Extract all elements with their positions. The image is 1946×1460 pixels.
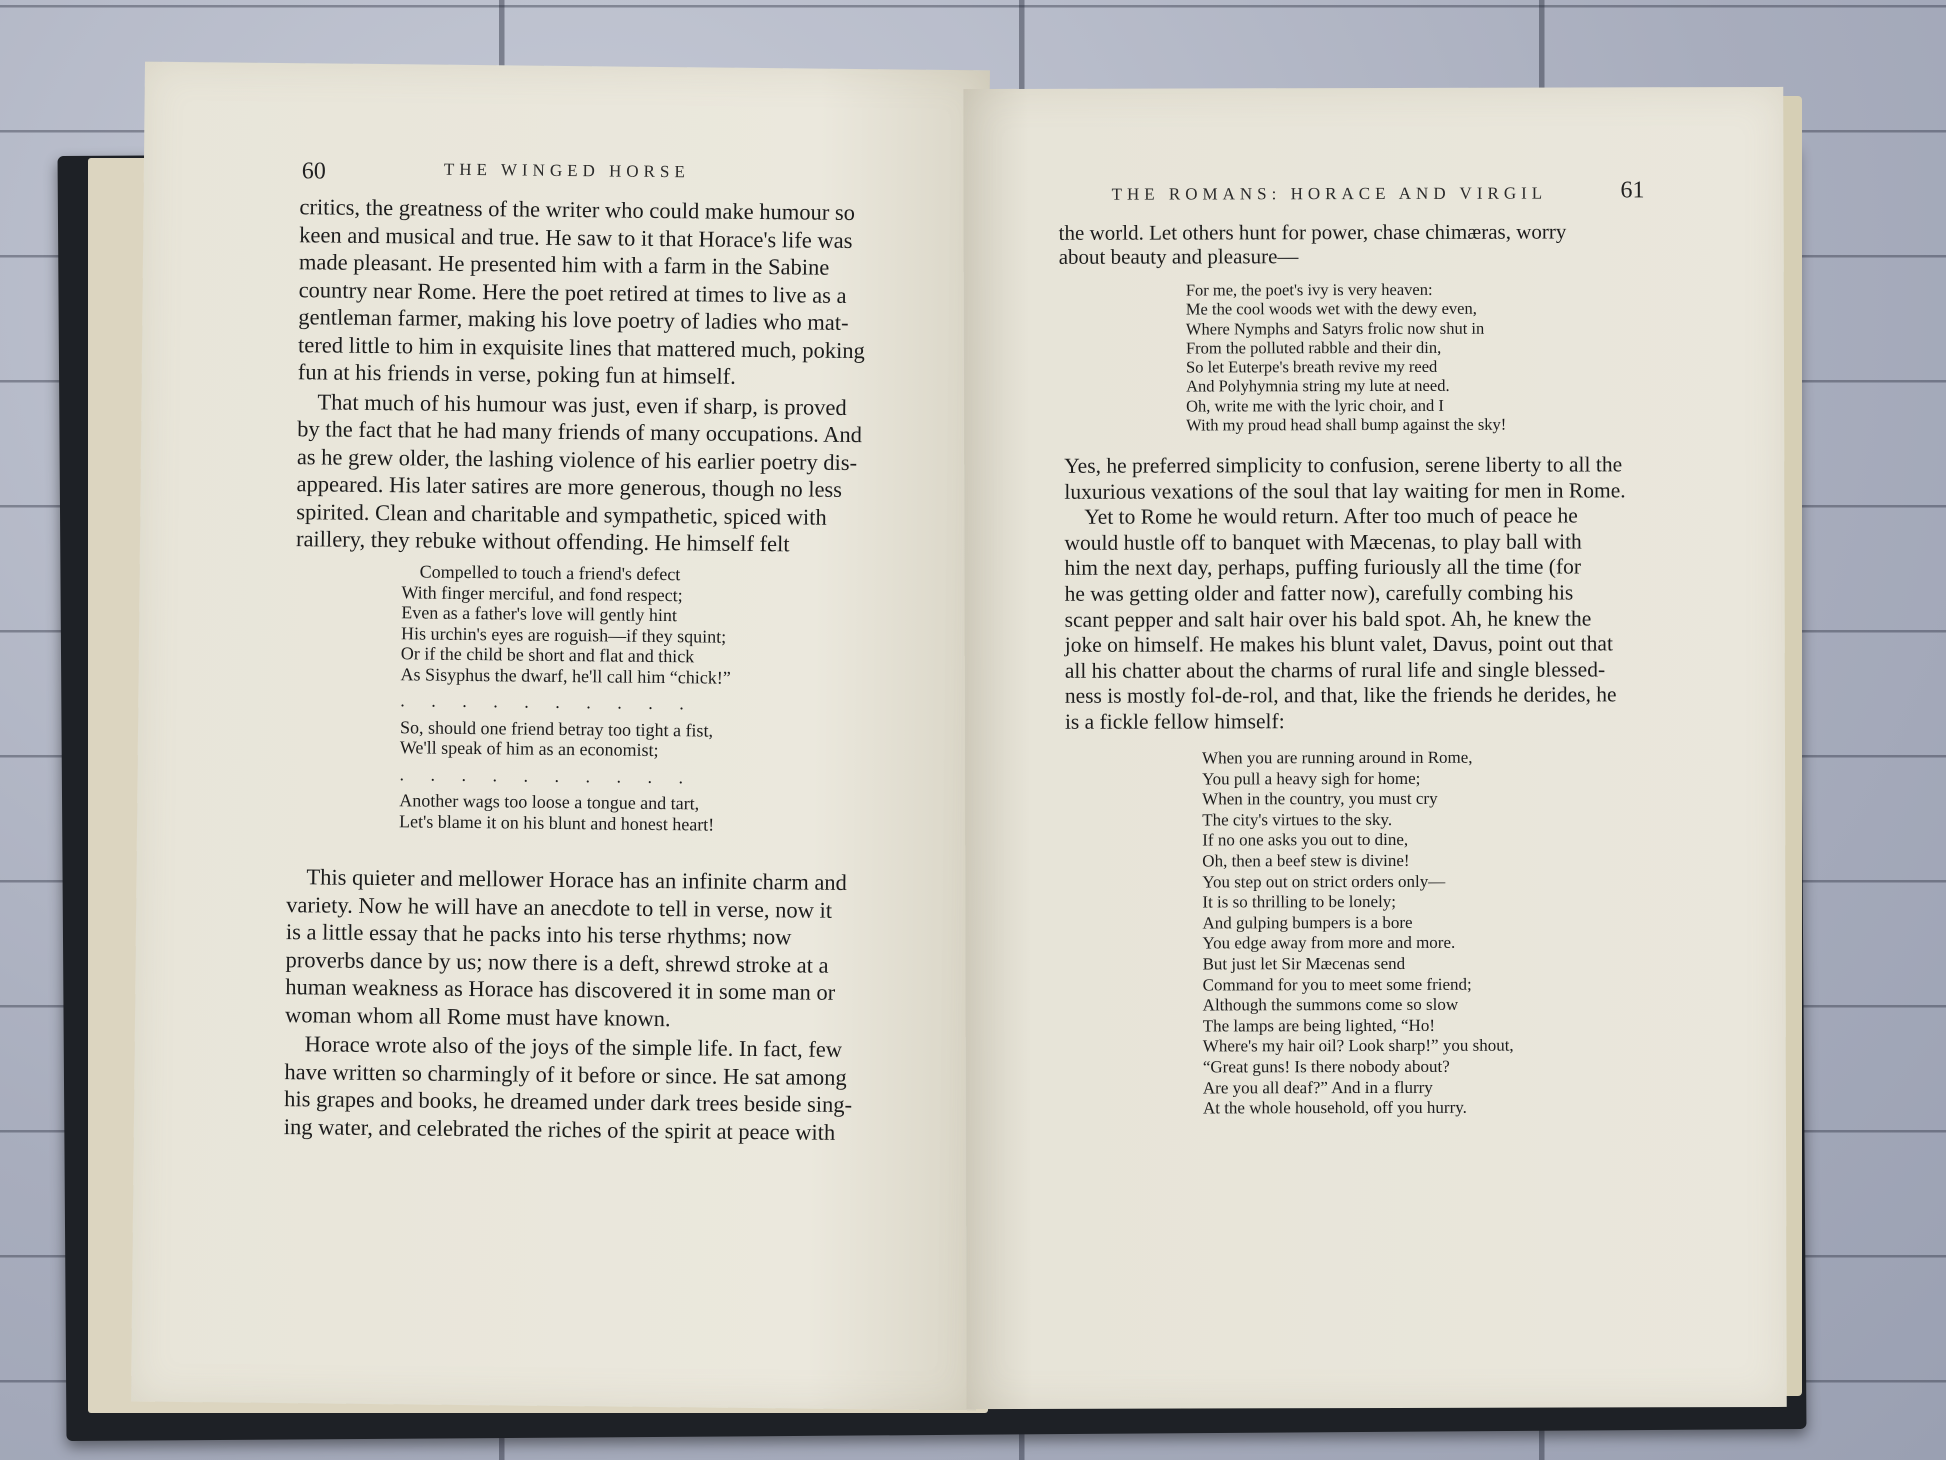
verse-line: Even as a father's love will gently hint [401, 602, 731, 626]
verse-quotation: When you are running around in Rome, You… [1202, 748, 1514, 1120]
text-line: scant pepper and salt hair over his bald… [1065, 606, 1665, 633]
verse-line: So let Euterpe's breath revive my reed [1186, 357, 1506, 377]
verse-line: Are you all deaf?” And in a flurry [1203, 1077, 1514, 1098]
body-text: Yes, he preferred simplicity to confusio… [1064, 452, 1665, 735]
text-line: ness is mostly fol-de-rol, and that, lik… [1065, 683, 1665, 710]
verse-line: Me the cool woods wet with the dewy even… [1186, 299, 1506, 319]
text-line: joke on himself. He makes his blunt vale… [1065, 631, 1665, 658]
verse-line: And Polyhymnia string my lute at need. [1186, 376, 1506, 396]
text-line: Yes, he preferred simplicity to confusio… [1064, 452, 1664, 479]
verse-line: Oh, then a beef stew is divine! [1202, 851, 1513, 872]
text-line: all his chatter about the charms of rura… [1065, 657, 1665, 684]
verse-line: Where Nymphs and Satyrs frolic now shut … [1186, 318, 1506, 338]
verse-line: Oh, write me with the lyric choir, and I [1186, 395, 1506, 415]
body-text: This quieter and mellower Horace has an … [284, 863, 907, 1146]
verse-line: You pull a heavy sigh for home; [1202, 768, 1513, 789]
verse-quotation: For me, the poet's ivy is very heaven: M… [1186, 280, 1507, 435]
verse-line: For me, the poet's ivy is very heaven: [1186, 280, 1506, 300]
verse-line: You step out on strict orders only— [1202, 871, 1513, 892]
verse-line: As Sisyphus the dwarf, he'll call him “c… [401, 664, 731, 688]
running-head: THE ROMANS: HORACE AND VIRGIL [1112, 184, 1548, 205]
running-head: THE WINGED HORSE [444, 160, 690, 183]
verse-line: From the polluted rabble and their din, [1186, 338, 1506, 358]
ellipsis-separator: . . . . . . . . . . [400, 684, 730, 720]
text-line: about beauty and pleasure— [1059, 243, 1649, 269]
ellipsis-separator: . . . . . . . . . . [399, 758, 729, 794]
text-line: is a fickle fellow himself: [1065, 708, 1665, 735]
verse-line: Although the summons come so slow [1203, 995, 1514, 1016]
verse-line: But just let Sir Mæcenas send [1203, 954, 1514, 975]
verse-line: If no one asks you out to dine, [1202, 830, 1513, 851]
verse-line: We'll speak of him as an economist; [400, 737, 730, 761]
left-page: 60 THE WINGED HORSE critics, the greatne… [131, 62, 990, 1411]
verse-line: When in the country, you must cry [1202, 789, 1513, 810]
text-line: him the next day, perhaps, puffing furio… [1064, 555, 1664, 582]
verse-line: It is so thrilling to be lonely; [1202, 892, 1513, 913]
page-number: 60 [302, 158, 326, 185]
verse-line: At the whole household, off you hurry. [1203, 1098, 1514, 1119]
verse-line: The city's virtues to the sky. [1202, 809, 1513, 830]
verse-line: When you are running around in Rome, [1202, 748, 1513, 769]
text-line: the world. Let others hunt for power, ch… [1059, 219, 1649, 245]
verse-line: “Great guns! Is there nobody about? [1203, 1057, 1514, 1078]
verse-line: Command for you to meet some friend; [1203, 974, 1514, 995]
verse-line: Compelled to touch a friend's defect [402, 561, 732, 585]
verse-line: You edge away from more and more. [1202, 933, 1513, 954]
text-line: Yet to Rome he would return. After too m… [1064, 503, 1664, 530]
text-line: he was getting older and fatter now), ca… [1065, 580, 1665, 607]
right-page: THE ROMANS: HORACE AND VIRGIL 61 the wor… [963, 87, 1786, 1409]
verse-line: Another wags too loose a tongue and tart… [399, 790, 729, 814]
verse-line: And gulping bumpers is a bore [1202, 912, 1513, 933]
body-text: critics, the greatness of the writer who… [296, 193, 910, 559]
body-text: the world. Let others hunt for power, ch… [1059, 219, 1649, 269]
verse-line: With my proud head shall bump against th… [1186, 415, 1506, 435]
verse-line: Or if the child be short and flat and th… [401, 643, 731, 667]
verse-line: The lamps are being lighted, “Ho! [1203, 1015, 1514, 1036]
verse-line: Where's my hair oil? Look sharp!” you sh… [1203, 1036, 1514, 1057]
text-line: ing water, and celebrated the riches of … [284, 1113, 904, 1147]
verse-quotation: Compelled to touch a friend's defect Wit… [399, 561, 732, 834]
verse-line: Let's blame it on his blunt and honest h… [399, 811, 729, 835]
page-number: 61 [1621, 177, 1645, 204]
text-line: would hustle off to banquet with Mæcenas… [1064, 529, 1664, 556]
text-line: luxurious vexations of the soul that lay… [1064, 478, 1664, 505]
